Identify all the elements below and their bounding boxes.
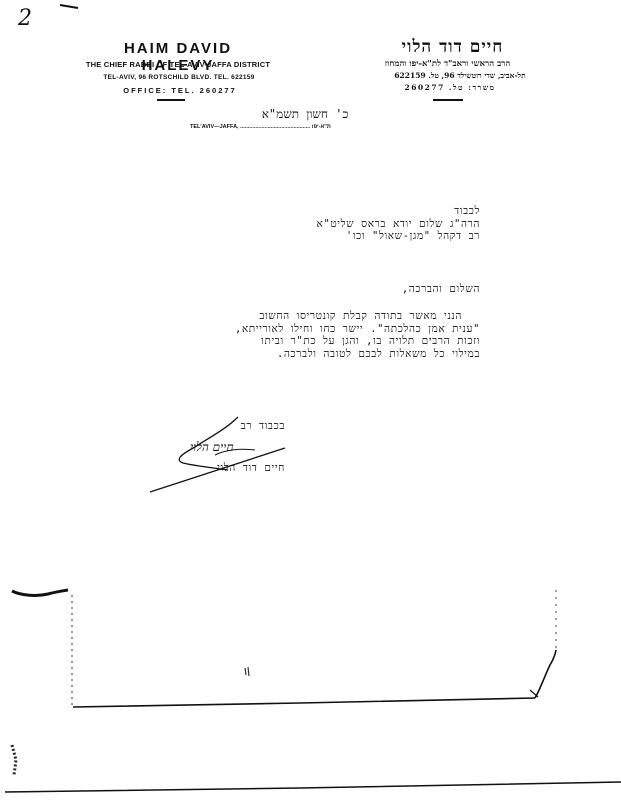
scan-artifacts (0, 0, 621, 800)
